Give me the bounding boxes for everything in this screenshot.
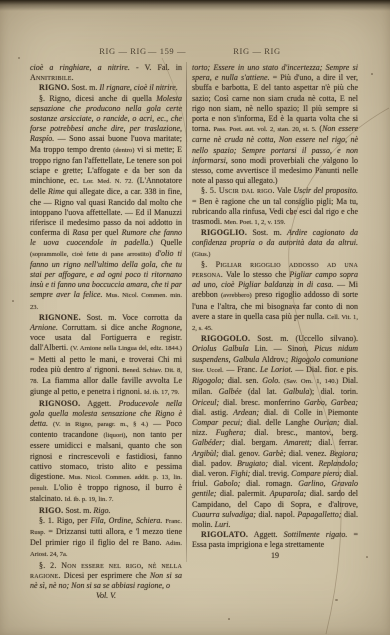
text-run: RIGO. (39, 506, 63, 515)
paper-speck (36, 110, 38, 112)
paragraph: RIGNOSO. Aggett. Producevole nella gola … (30, 399, 182, 506)
text-run: — Dial. fior. e pis. (293, 365, 358, 374)
text-run: Golo. (262, 376, 280, 385)
running-head-right: RIG — RIG (222, 46, 292, 56)
text-run: dial. vicent. (268, 459, 318, 468)
text-run: (soprammolle, cioè fette di pane arrosti… (30, 251, 151, 258)
text-run: Rigogolo; (192, 376, 224, 385)
paper-speck (290, 212, 293, 215)
column-rule (186, 62, 187, 562)
paragraph: cioè a ringhiare, a nitrire. - V. Fal. i… (30, 63, 182, 83)
text-run: dial. veron. (192, 469, 230, 478)
text-run: §. 1. Rigo, per (39, 516, 90, 525)
paragraph: RIGOGLIO. Sost. m. Ardire cagionato da c… (192, 228, 358, 260)
paper-speck (335, 599, 338, 601)
text-run: Garbè; (263, 449, 286, 458)
text-run: dial. bresc., mantov., berg. (246, 428, 358, 437)
text-run: Ardean; (233, 408, 259, 417)
paragraph: RIGNONE. Sost. m. Voce corrotta da Arnio… (30, 313, 182, 399)
text-run: Dicesi per esprimere che (61, 571, 150, 580)
text-run: ); dial. torin. (309, 387, 358, 396)
text-run: Sost. m. (69, 83, 99, 92)
paragraph: RIGOLATO. Aggett. Sottilmente rigato. = … (192, 530, 358, 550)
paragraph: §. Pigliar rigoglio addosso ad una perso… (192, 260, 358, 334)
text-run: (Sav. Orn. 1, 140.) (284, 378, 338, 385)
text-run: Begiora; (330, 449, 358, 458)
text-run: Rigogolo comunione (291, 355, 358, 364)
text-run: Replandolo; (318, 459, 358, 468)
running-head: RIG — RIG — 159 — RIG — RIG (30, 46, 360, 59)
paragraph: 19 (192, 551, 358, 561)
text-run: Brugiato; (237, 459, 268, 468)
paragraph: §. Rigno, dicesi anche di quella Molesta… (30, 94, 182, 313)
paper-speck (228, 618, 230, 620)
text-run: Rigo. (93, 506, 110, 515)
text-run: — Franc. (224, 365, 260, 374)
text-run: Gabolo; (214, 479, 241, 488)
paragraph: §. 5. Uscir dal rigo. Vale Uscir del pro… (192, 186, 358, 228)
text-run: RIGNO. (39, 83, 69, 92)
paper-speck (371, 73, 373, 75)
scanned-page: RIG — RIG — 159 — RIG — RIG cioè a ringh… (0, 0, 390, 635)
text-run: Galbula (283, 387, 309, 396)
paragraph: RIGO. Sost. m. Rigo. (30, 506, 182, 516)
text-run: Fughera; (216, 428, 246, 437)
text-run: Ourian; (314, 418, 340, 427)
text-run: (dal lat. (242, 387, 283, 396)
text-run: - V. Fal. in (136, 63, 182, 72)
text-run: §. 5. Uscir dal rigo. (201, 186, 275, 195)
text-run: Vale (275, 186, 294, 195)
text-run: per quel (88, 228, 121, 237)
text-run: (Gius.) (192, 251, 211, 258)
text-run: dial. astig. (192, 408, 233, 417)
paragraph: RIGNO. Sost. m. Il rignare, cioè il nitr… (30, 83, 182, 93)
text-run: Aggett. (248, 530, 284, 539)
text-run: dial. di Colle in Piemonte (259, 408, 358, 417)
left-column: cioè a ringhiare, a nitrire. - V. Fal. i… (30, 63, 182, 601)
text-run: Garbo, Garbea; (304, 398, 358, 407)
scan-edge-shadow (0, 0, 390, 11)
text-run: Rasa (72, 228, 88, 237)
text-run: Le Loriot. (260, 365, 293, 374)
paper-speck (12, 300, 14, 302)
text-run: Uscir del proposito. (293, 186, 358, 195)
text-run: dial. romagn. (240, 479, 298, 488)
text-run: dial. napol. (256, 510, 298, 519)
paragraph: RIGOGOLO. Sost. m. (Uccello silvano). Or… (192, 334, 358, 530)
text-run: cioè a ringhiare, a nitrire. (30, 63, 136, 72)
text-run: Apuparola; (270, 489, 307, 498)
text-run: Sost. m. (Uccello silvano). (250, 334, 358, 343)
text-run: (V. in Rigno, paragr. m., § 4.) (53, 421, 148, 428)
text-run: Arnione (30, 323, 56, 332)
text-run: Rime (48, 187, 64, 196)
text-run: Amarett; (284, 438, 312, 447)
text-run: dial. venez. (286, 449, 330, 458)
paragraph: torto; Essere in uno stato d'incertezza;… (192, 63, 358, 186)
text-run: 19 (271, 551, 279, 560)
text-run: RIGOGOLO. (201, 334, 250, 343)
text-run: dial. trevig. (250, 469, 291, 478)
paper-speck (18, 57, 20, 59)
text-run: Argibùl; (192, 449, 219, 458)
text-run: Il rignare, cioè il nitrire. (99, 83, 178, 92)
text-run: Compare piero; (291, 469, 342, 478)
text-run: Vale lo stesso che (223, 270, 289, 279)
text-run: Rognone (152, 323, 180, 332)
text-run: RIGNOSO. (39, 399, 80, 408)
text-run: Id. ib. p. 19, lin. 7. (65, 496, 114, 503)
text-run: Men. Poet. 1, 2, v. 159. (224, 219, 285, 226)
text-run: Fila, Ordine, Schiera. (90, 516, 162, 525)
text-run: dial. sen. (224, 376, 262, 385)
text-run: Lor. Med. N. 72. (83, 178, 133, 185)
text-run: Annitribile. (30, 73, 74, 82)
text-run: Lin. — Sinon. (249, 344, 315, 353)
text-run: dial. ferrar. (312, 438, 358, 447)
text-run: Aldrov.; (259, 355, 290, 364)
text-run: Galbéder; (192, 438, 225, 447)
paragraph: §. 2. Non essere nel rigo, nè nella ragi… (30, 561, 182, 592)
text-run: Vol. V. (96, 591, 116, 600)
text-run: dial. bergam. (225, 438, 284, 447)
text-run: dial. delle Langhe (243, 418, 314, 427)
text-run: Id. ib. 17, 79. (144, 389, 179, 396)
text-run: Oriceul; (192, 398, 219, 407)
text-run: (dentro) (113, 147, 134, 154)
text-run: Galbée (219, 387, 242, 396)
text-run: Sost. m. (63, 506, 93, 515)
text-run: Luri. (215, 520, 231, 529)
text-run: Stor. Uccel. (192, 367, 224, 374)
text-run: §. Rigno, dicesi anche di quella (39, 94, 156, 103)
text-run: Papagalletto; (297, 510, 341, 519)
text-run: (avrebbero) (221, 292, 252, 299)
text-run: Sost. m. Voce corrotta da (81, 313, 182, 322)
text-run: = Drizzansi tutti allora, e 'l mezzo tie… (30, 527, 182, 547)
text-run: RIGOLATO. (201, 530, 248, 539)
right-column: torto; Essere in uno stato d'incertezza;… (192, 63, 358, 561)
text-run: Sost. m. (247, 228, 287, 237)
text-run: (V. Arnione nella Lingua del, ediz. 1844… (70, 345, 182, 352)
text-run: Cuaurra sulvadiga; (192, 510, 256, 519)
text-run: RIGNONE. (39, 313, 81, 322)
text-run: Pass. Poet. aut. vol. 2, stan. 20, st. 5… (213, 126, 316, 133)
text-run: Compar pecui; (192, 418, 243, 427)
text-run: dial. bresc. monferrino (219, 398, 304, 407)
text-run: Sottilmente rigato. (284, 530, 348, 539)
text-run: Fighi; (230, 469, 250, 478)
text-run: RIGOGLIO. (201, 228, 247, 237)
paper-speck (366, 556, 368, 558)
text-run: dial. padov. (192, 459, 237, 468)
text-run: dial. palermit. (216, 489, 269, 498)
text-run: . Corruttam. si dice anche (56, 323, 152, 332)
text-run: dial. genov. (219, 449, 263, 458)
paragraph: §. 1. Rigo, per Fila, Ordine, Schiera. F… (30, 516, 182, 561)
text-run: Oriolus Galbula (192, 344, 249, 353)
text-run: ) Quelle (150, 238, 182, 247)
page-number: — 159 — (132, 46, 202, 56)
paragraph: Vol. V. (30, 591, 182, 601)
text-run: (liquori) (104, 432, 126, 439)
text-run: Aggett. (80, 399, 118, 408)
